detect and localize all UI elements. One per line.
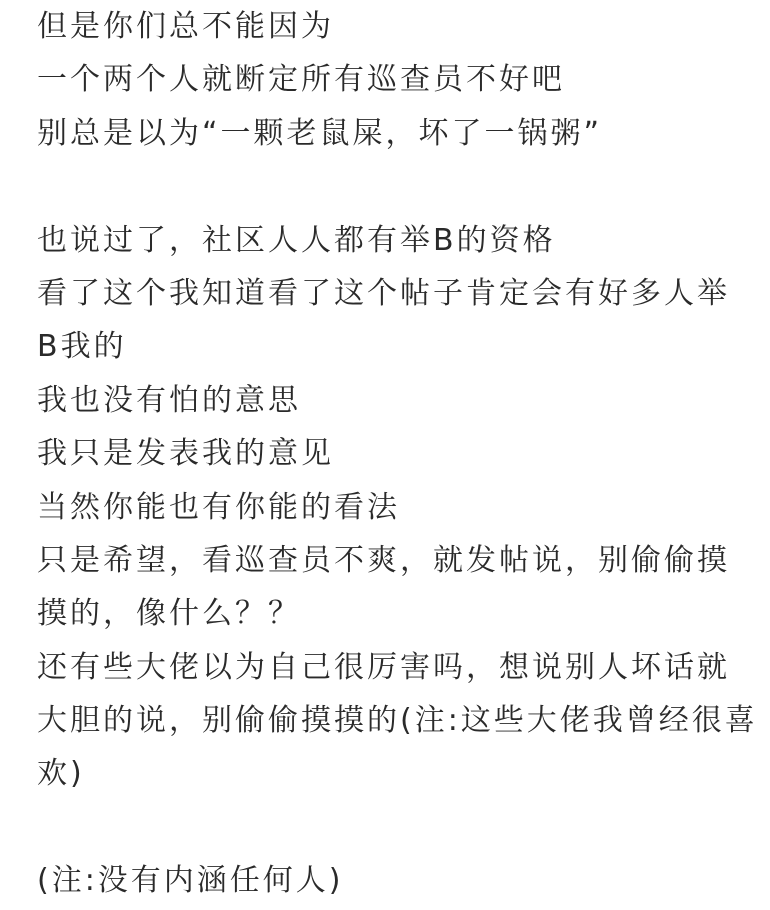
text-line: 别总是以为“一颗老鼠屎，坏了一锅粥” xyxy=(37,107,757,160)
text-line: 一个两个人就断定所有巡查员不好吧 xyxy=(37,53,757,106)
document-body: 但是你们总不能因为 一个两个人就断定所有巡查员不好吧 别总是以为“一颗老鼠屎，坏… xyxy=(37,0,757,908)
paragraph-spacer xyxy=(37,801,757,854)
footnote-line: (注:没有内涵任何人) xyxy=(37,854,757,907)
text-line: 但是你们总不能因为 xyxy=(37,0,757,53)
text-line: 摸的，像什么？？ xyxy=(37,587,757,640)
paragraph-3-footnote: (注:没有内涵任何人) xyxy=(37,854,757,907)
text-line: 大胆的说，别偷偷摸摸的(注:这些大佬我曾经很喜 xyxy=(37,694,757,747)
text-line: 我也没有怕的意思 xyxy=(37,374,757,427)
text-line: B我的 xyxy=(37,320,757,373)
paragraph-1: 但是你们总不能因为 一个两个人就断定所有巡查员不好吧 别总是以为“一颗老鼠屎，坏… xyxy=(37,0,757,160)
text-line: 我只是发表我的意见 xyxy=(37,427,757,480)
paragraph-2: 也说过了，社区人人都有举B的资格 看了这个我知道看了这个帖子肯定会有好多人举 B… xyxy=(37,214,757,801)
text-line: 只是希望，看巡查员不爽，就发帖说，别偷偷摸 xyxy=(37,534,757,587)
text-line: 看了这个我知道看了这个帖子肯定会有好多人举 xyxy=(37,267,757,320)
paragraph-spacer xyxy=(37,160,757,213)
text-line: 还有些大佬以为自己很厉害吗，想说别人坏话就 xyxy=(37,641,757,694)
text-line: 当然你能也有你能的看法 xyxy=(37,481,757,534)
text-line: 欢) xyxy=(37,747,757,800)
text-line: 也说过了，社区人人都有举B的资格 xyxy=(37,214,757,267)
